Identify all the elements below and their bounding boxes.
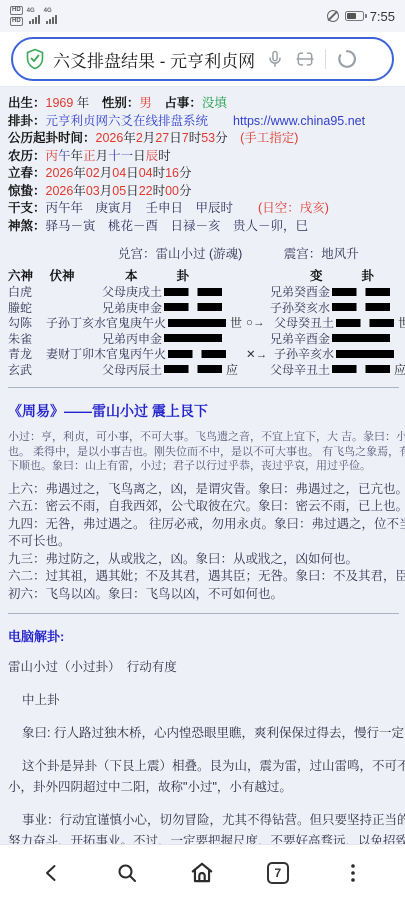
jiegua-gua-name: 雷山小过（小过卦） 行动有度 bbox=[8, 657, 405, 678]
hexagram-row: 玄武 父母丙辰土 应 父母辛丑土 应 bbox=[8, 362, 405, 378]
browser-toolbar: 六爻排盘结果 - 元亨利贞网 bbox=[0, 32, 405, 87]
status-time: 7:55 bbox=[370, 9, 395, 24]
signal-icon-sim2: 4G bbox=[46, 8, 57, 24]
liushen: 青龙 bbox=[8, 345, 46, 362]
jiegua-label: 电脑解卦: bbox=[8, 626, 405, 645]
bian-text: 子孙辛亥水 bbox=[274, 345, 336, 362]
hexagram-row: 白虎 父母庚戌土 兄弟癸酉金 bbox=[8, 284, 405, 300]
ben-text: 兄弟丙申金 bbox=[102, 330, 164, 347]
bian-yao-line bbox=[332, 365, 390, 373]
ben-yao-line bbox=[168, 350, 226, 358]
yao-line: 上六：弗遇过之，飞鸟离之，凶，是谓灾眚。象曰：弗遇过之，已亢也。 bbox=[8, 481, 405, 499]
lunar-line: 农历：丙午年正月十一日辰时 bbox=[8, 148, 405, 166]
jiegua-explain: 这个卦是异卦（下艮上震）相叠。艮为山，震为雷，过山雷鸣，不可不畏惧 小，卦外四阴… bbox=[8, 756, 405, 798]
back-icon bbox=[40, 861, 64, 885]
tabs-count: 7 bbox=[275, 866, 282, 880]
ben-yao-line bbox=[164, 288, 222, 296]
bian-text: 父母癸丑土 bbox=[274, 314, 336, 331]
shield-check-icon[interactable] bbox=[25, 48, 45, 70]
status-right: 7:55 bbox=[327, 9, 395, 24]
eye-comfort-off-icon bbox=[327, 10, 339, 22]
zhouyi-text-line: 小过：亨，利贞，可小事，不可大事。飞鸟遗之音，不宜上宜下，大 吉。彖曰：小过，小… bbox=[8, 430, 405, 445]
web-content: 出生：1969 年 性别：男 占事：没填 排卦：元亨利贞网六爻在线排盘系统 ht… bbox=[0, 87, 405, 844]
liushen: 勾陈 bbox=[8, 314, 46, 331]
col-bian-header: 变 bbox=[310, 266, 358, 284]
signal-icon-sim1: 4G bbox=[29, 8, 40, 24]
zhouyi-text-line: 也。 柔得中，是以小事吉也。刚失位而不中，是以不可大事也。 有飞鸟之象焉，有飞鸟… bbox=[8, 445, 405, 460]
home-button[interactable] bbox=[182, 853, 222, 893]
shensha-line: 神煞：驿马－寅 桃花－酉 日禄－亥 贵人－卯，巳 bbox=[8, 218, 405, 236]
yao-line: 六二：过其祖，遇其妣；不及其君，遇其臣；无咎。象曰：不及其君，臣不可 bbox=[8, 568, 405, 586]
shi-ying-mark: 世 bbox=[398, 314, 405, 331]
section-divider bbox=[8, 387, 399, 388]
battery-icon bbox=[345, 11, 364, 21]
ben-text: 官鬼丙午火 bbox=[106, 345, 168, 362]
hexagram-row: 青龙 妻财丁卯木 官鬼丙午火 ✕→ 子孙辛亥水 bbox=[8, 346, 405, 362]
moving-line-symbol: ○→ bbox=[246, 317, 274, 329]
fushen: 妻财丁卯木 bbox=[46, 345, 106, 362]
yao-text: 上六：弗遇过之，飞鸟离之，凶，是谓灾眚。象曰：弗遇过之，已亢也。 六五：密云不雨… bbox=[8, 481, 405, 604]
ben-yao-line bbox=[164, 365, 222, 373]
col-bengua-header: 卦 bbox=[176, 266, 306, 284]
bian-yao-line bbox=[332, 303, 390, 311]
ganzhi-line: 干支：丙午年 庚寅月 壬申日 甲辰时 (日空：戌亥) bbox=[8, 200, 405, 218]
search-button[interactable] bbox=[107, 853, 147, 893]
liushen: 螣蛇 bbox=[8, 299, 46, 316]
ben-text: 父母庚戌土 bbox=[102, 283, 164, 300]
paipan-line[interactable]: 排卦：元亨利贞网六爻在线排盘系统 https://www.china95.net bbox=[8, 113, 405, 131]
yao-line: 初六：飞鸟以凶。象曰：飞鸟以凶，不可如何也。 bbox=[8, 586, 405, 604]
bian-text: 兄弟辛酉金 bbox=[270, 330, 332, 347]
liushen: 朱雀 bbox=[8, 330, 46, 347]
palace-line: 兑宫：雷山小过 (游魂) 震宫：地风升 bbox=[8, 244, 405, 262]
col-liushen-header: 六神 bbox=[8, 266, 46, 284]
refresh-icon[interactable] bbox=[336, 48, 358, 70]
yao-line: 不可长也。 bbox=[8, 533, 405, 551]
yao-line: 九四：无咎，弗过遇之。 往厉必戒，勿用永贞。象曰：弗过遇之，位不当也。 bbox=[8, 516, 405, 534]
palace-ben: 兑宫：雷山小过 (游魂) bbox=[118, 247, 242, 261]
search-icon bbox=[115, 861, 139, 885]
hexagram-header: 六神 伏神 本 卦 变 卦 bbox=[8, 266, 405, 284]
bian-text: 兄弟癸酉金 bbox=[270, 283, 332, 300]
jiegua-career: 事业：行动宜谨慎小心，切勿冒险，尤其不得钻营。但只要坚持正当的行为 努力奋斗，开… bbox=[8, 810, 405, 844]
bian-yao-line bbox=[332, 288, 390, 296]
jiegua-career-line: 努力奋斗，开拓事业。不过，一定要把握尺度，不要好高骛远，以免招致灾祸 bbox=[8, 831, 405, 844]
page-title[interactable]: 六爻排盘结果 - 元亨利贞网 bbox=[53, 47, 255, 72]
address-bar[interactable]: 六爻排盘结果 - 元亨利贞网 bbox=[11, 37, 394, 81]
status-left: HD HD 4G 4G bbox=[10, 6, 57, 26]
hexagram-row: 螣蛇 兄弟庚申金 子孙癸亥水 bbox=[8, 300, 405, 316]
shi-ying-mark: 应 bbox=[226, 361, 242, 378]
section-divider bbox=[8, 613, 399, 614]
zhouyi-text-line: 下顺也。象曰：山上有雷，小过；君子以行过乎恭，丧过乎哀，用过乎俭。 bbox=[8, 459, 405, 474]
bian-yao-line bbox=[336, 319, 394, 327]
menu-button[interactable] bbox=[333, 853, 373, 893]
ben-yao-line bbox=[164, 334, 222, 342]
ben-text: 官鬼庚午火 bbox=[106, 314, 168, 331]
hexagram-row: 勾陈 子孙丁亥水 官鬼庚午火 世 ○→ 父母癸丑土 世 bbox=[8, 315, 405, 331]
network-label: 4G bbox=[27, 8, 35, 14]
phone-screen: HD HD 4G 4G 7:55 bbox=[0, 0, 405, 900]
tabs-icon: 7 bbox=[267, 862, 289, 884]
moving-line-symbol: ✕→ bbox=[246, 347, 274, 361]
status-bar: HD HD 4G 4G 7:55 bbox=[0, 0, 405, 32]
network-label: 4G bbox=[44, 8, 52, 14]
hd-badge-sim2: HD bbox=[10, 17, 23, 26]
col-biangua-header: 卦 bbox=[361, 266, 374, 284]
home-icon bbox=[189, 860, 215, 886]
birth-line: 出生：1969 年 性别：男 占事：没填 bbox=[8, 95, 405, 113]
browser-nav-bar: 7 bbox=[0, 844, 405, 900]
jiegua-xiang: 象曰: 行人路过独木桥，心内惶恐眼里瞧，爽利保保过得去，慢行一定不安 bbox=[8, 723, 405, 744]
shi-ying-mark: 世 bbox=[230, 314, 246, 331]
mic-icon[interactable] bbox=[265, 48, 285, 70]
col-fushen-header: 伏神 bbox=[49, 266, 113, 284]
menu-kebab-icon bbox=[341, 861, 365, 885]
hexagram-row: 朱雀 兄弟丙申金 兄弟辛酉金 bbox=[8, 331, 405, 347]
toolbar-divider bbox=[325, 49, 326, 69]
yao-line: 九三：弗过防之，从或戕之，凶。象曰：从或戕之，凶如何也。 bbox=[8, 551, 405, 569]
hd-volte-icons: HD HD bbox=[10, 6, 23, 26]
col-ben-header: 本 bbox=[125, 266, 173, 284]
bian-yao-line bbox=[336, 350, 394, 358]
zhouyi-text: 小过：亨，利贞，可小事，不可大事。飞鸟遗之音，不宜上宜下，大 吉。彖曰：小过，小… bbox=[8, 430, 405, 474]
solar-time-line: 公历起卦时间：2026年2月27日7时53分 (手工指定) bbox=[8, 130, 405, 148]
ben-yao-line bbox=[168, 319, 226, 327]
jiegua-explain-line: 这个卦是异卦（下艮上震）相叠。艮为山，震为雷，过山雷鸣，不可不畏惧 bbox=[8, 756, 405, 777]
zhouyi-title: 《周易》——雷山小过 震上艮下 bbox=[8, 401, 405, 421]
liushen: 白虎 bbox=[8, 283, 46, 300]
lichun-line: 立春：2026年02月04日04时16分 bbox=[8, 165, 405, 183]
jiegua-career-line: 事业：行动宜谨慎小心，切勿冒险，尤其不得钻营。但只要坚持正当的行为 bbox=[8, 810, 405, 831]
liushen: 玄武 bbox=[8, 361, 46, 378]
palace-bian: 震宫：地风升 bbox=[284, 247, 359, 261]
shi-ying-mark: 应 bbox=[394, 361, 405, 378]
tabs-button[interactable]: 7 bbox=[258, 853, 298, 893]
yao-line: 六五：密云不雨，自我西郊，公弋取彼在穴。象曰：密云不雨，已上也。 bbox=[8, 498, 405, 516]
bian-yao-line bbox=[332, 334, 390, 342]
jiegua-grade: 中上卦 bbox=[8, 690, 405, 711]
ben-yao-line bbox=[164, 303, 222, 311]
back-button[interactable] bbox=[32, 853, 72, 893]
jiegua-explain-line: 小，卦外四阴超过中二阳，故称"小过"，小有越过。 bbox=[8, 777, 405, 798]
hd-badge-sim1: HD bbox=[10, 6, 23, 15]
scan-icon[interactable] bbox=[295, 48, 315, 70]
jingzhe-line: 惊蛰：2026年03月05日22时00分 bbox=[8, 183, 405, 201]
bian-text: 父母辛丑土 bbox=[270, 361, 332, 378]
fushen: 子孙丁亥水 bbox=[46, 314, 106, 331]
ben-text: 兄弟庚申金 bbox=[102, 299, 164, 316]
ben-text: 父母丙辰土 bbox=[102, 361, 164, 378]
bian-text: 子孙癸亥水 bbox=[270, 299, 332, 316]
